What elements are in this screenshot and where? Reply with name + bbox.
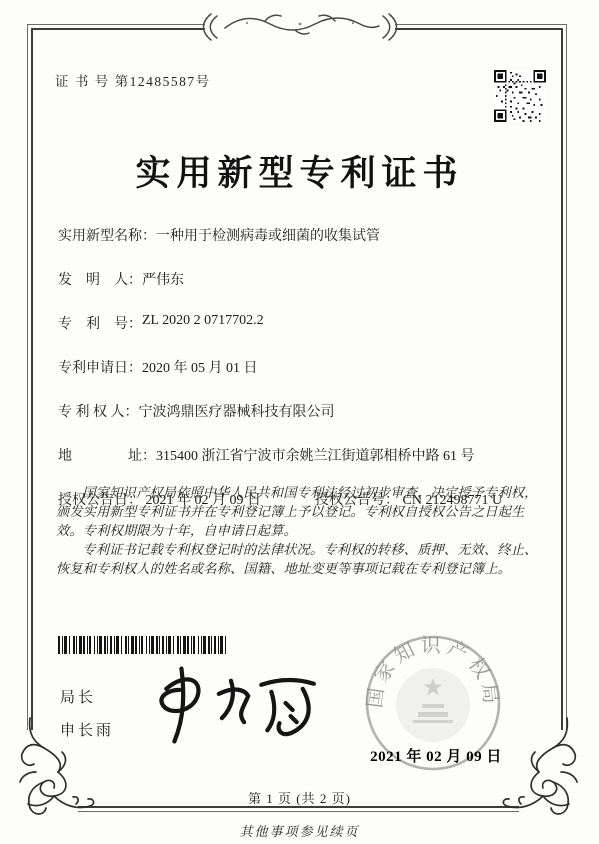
certificate-page: 证 书 号 第12485587号 实用新型专利证书 实用新型名称： 一种用于检测… [0, 0, 599, 844]
field-value: 严伟东 [142, 269, 184, 289]
field-value: 一种用于检测病毒或细菌的收集试管 [156, 225, 380, 245]
barcode [58, 636, 228, 654]
handwritten-signature-icon [138, 658, 330, 752]
signer-name: 申长雨 [60, 715, 114, 748]
signer-block: 局长 申长雨 [60, 682, 114, 748]
field-value: 315400 浙江省宁波市余姚兰江街道郭相桥中路 61 号 [156, 445, 475, 465]
field-label: 专 利 权 人： [58, 401, 139, 421]
corner-flourish-right-icon [499, 712, 591, 826]
field-row-patentee: 专 利 权 人： 宁波鸿鼎医疗器械科技有限公司 [58, 401, 563, 421]
field-row-utility-model-name: 实用新型名称： 一种用于检测病毒或细菌的收集试管 [58, 225, 563, 245]
legal-paragraph-1: 国家知识产权局依照中华人民共和国专利法经过初步审查，决定授予专利权，颁发实用新型… [56, 483, 546, 540]
field-label: 发 明 人： [58, 269, 142, 289]
field-label: 专利申请日： [58, 357, 142, 377]
certificate-number: 证 书 号 第12485587号 [55, 70, 211, 90]
page-number: 第 1 页 (共 2 页) [0, 788, 599, 807]
field-row-patent-number: 专 利 号： ZL 2020 2 0717702.2 [58, 313, 563, 333]
seal-date: 2021 年 02 月 09 日 [358, 745, 514, 766]
field-label: 实用新型名称： [58, 225, 156, 245]
certificate-title: 实用新型专利证书 [0, 146, 599, 196]
field-value: ZL 2020 2 0717702.2 [142, 313, 264, 333]
field-row-address: 地 址： 315400 浙江省宁波市余姚兰江街道郭相桥中路 61 号 [58, 445, 563, 465]
field-value: 2020 年 05 月 01 日 [142, 357, 258, 377]
signer-title: 局长 [60, 682, 114, 715]
legal-text: 国家知识产权局依照中华人民共和国专利法经过初步审查，决定授予专利权，颁发实用新型… [56, 483, 546, 578]
field-row-filing-date: 专利申请日： 2020 年 05 月 01 日 [58, 357, 563, 377]
field-value: 宁波鸿鼎医疗器械科技有限公司 [139, 401, 335, 421]
field-label: 专 利 号： [58, 313, 142, 333]
field-label: 地 址： [58, 445, 156, 465]
field-row-inventor: 发 明 人： 严伟东 [58, 269, 563, 289]
field-list: 实用新型名称： 一种用于检测病毒或细菌的收集试管 发 明 人： 严伟东 专 利 … [58, 225, 563, 509]
continuation-note: 其他事项参见续页 [0, 821, 599, 840]
legal-paragraph-2: 专利证书记载专利权登记时的法律状况。专利权的转移、质押、无效、终止、恢复和专利权… [56, 540, 546, 578]
top-scroll-ornament-icon [195, 4, 405, 46]
qr-code [494, 67, 546, 125]
